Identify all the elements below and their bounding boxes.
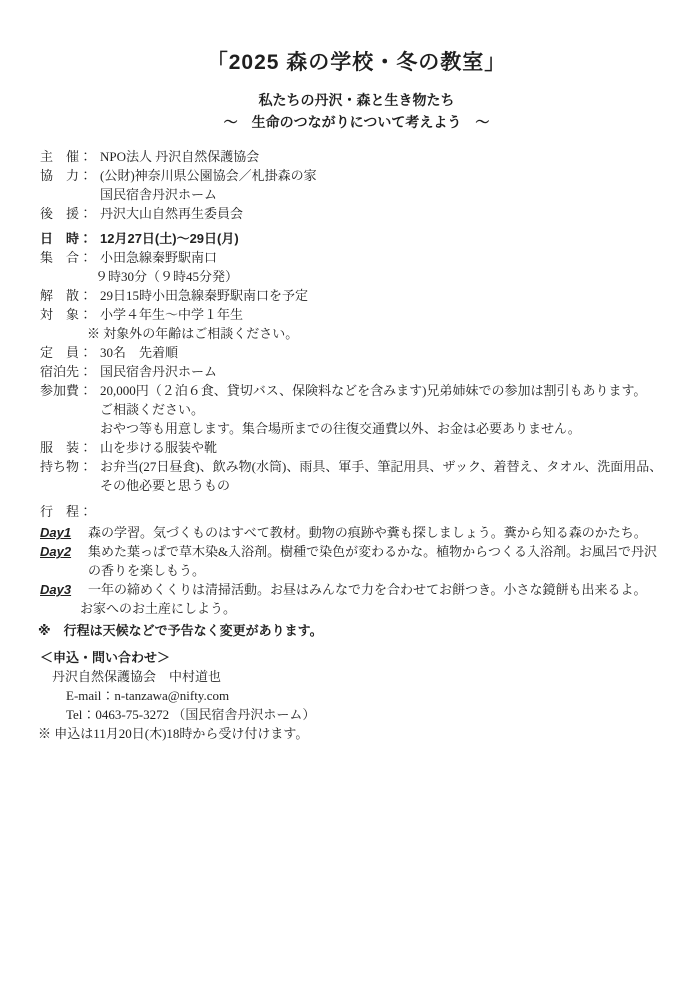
dissolution-value: 29日15時小田急線秦野駅南口を予定: [100, 286, 308, 305]
application-start-note: ※ 申込は11月20日(木)18時から受け付けます。: [38, 724, 673, 743]
day3-description-2: お家へのお土産にしよう。: [80, 599, 646, 618]
contact-heading: ＜申込・問い合わせ＞: [40, 648, 673, 667]
day1-description: 森の学習。気づくものはすべて教材。動物の痕跡や糞も探しましょう。糞から知る森のか…: [88, 523, 647, 542]
clothing-label: 服 装：: [40, 438, 100, 457]
itinerary-day2: Day2 集めた葉っぱで草木染&入浴剤。樹種で染色が変わるかな。植物からつくる入…: [40, 542, 673, 580]
datetime-label: 日 時：: [40, 229, 100, 248]
capacity-value: 30名 先着順: [100, 343, 178, 362]
clothing-value: 山を歩ける服装や靴: [100, 438, 217, 457]
info-row-support: 後 援： 丹沢大山自然再生委員会: [40, 204, 673, 223]
target-age-note: ※ 対象外の年齢はご相談ください。: [87, 324, 298, 343]
info-row-organizer: 主 催： NPO法人 丹沢自然保護協会: [40, 147, 673, 166]
meeting-label: 集 合：: [40, 248, 100, 286]
day3-description-1: 一年の締めくくりは清掃活動。お昼はみんなで力を合わせてお餅つき。小さな鏡餅も出来…: [88, 580, 646, 599]
organizer-value: NPO法人 丹沢自然保護協会: [100, 147, 259, 166]
meeting-value-2: ９時30分（９時45分発）: [95, 267, 238, 286]
itinerary-change-note: ※ 行程は天候などで予告なく変更があります。: [38, 621, 673, 640]
contact-organization: 丹沢自然保護協会 中村道也: [52, 667, 673, 686]
lodging-label: 宿泊先：: [40, 362, 100, 381]
day2-description-1: 集めた葉っぱで草木染&入浴剤。樹種で染色が変わるかな。植物からつくる入浴剤。お風…: [88, 542, 657, 561]
info-row-clothing: 服 装： 山を歩ける服装や靴: [40, 438, 673, 457]
info-row-lodging: 宿泊先： 国民宿舎丹沢ホーム: [40, 362, 673, 381]
belongings-value-1: お弁当(27日昼食)、飲み物(水筒)、雨具、軍手、筆記用具、ザック、着替え、タオ…: [100, 457, 662, 476]
contact-tel: Tel：0463-75-3272 （国民宿舎丹沢ホーム）: [66, 705, 673, 724]
info-row-belongings: 持ち物： お弁当(27日昼食)、飲み物(水筒)、雨具、軍手、筆記用具、ザック、着…: [40, 457, 673, 495]
itinerary-section: 行 程： Day1 森の学習。気づくものはすべて教材。動物の痕跡や糞も探しましょ…: [40, 502, 673, 640]
support-label: 後 援：: [40, 204, 100, 223]
support-value: 丹沢大山自然再生委員会: [100, 204, 243, 223]
page-title: 「2025 森の学校・冬の教室」: [40, 46, 673, 76]
contact-email: E-mail：n-tanzawa@nifty.com: [66, 686, 673, 705]
fee-value-2: ご相談ください。: [100, 400, 646, 419]
fee-value-1: 20,000円（２泊６食、貸切バス、保険料などを含みます)兄弟姉妹での参加は割引…: [100, 381, 646, 400]
flyer-document: 「2025 森の学校・冬の教室」 私たちの丹沢・森と生き物たち ～ 生命のつなが…: [0, 0, 695, 983]
info-row-capacity: 定 員： 30名 先着順: [40, 343, 673, 362]
subtitle-line-2: ～ 生命のつながりについて考えよう ～: [40, 111, 673, 133]
contact-section: ＜申込・問い合わせ＞ 丹沢自然保護協会 中村道也 E-mail：n-tanzaw…: [40, 648, 673, 743]
info-row-target: 対 象： 小学４年生～中学１年生 ※ 対象外の年齢はご相談ください。: [40, 305, 673, 343]
itinerary-heading: 行 程：: [40, 502, 673, 521]
itinerary-day1: Day1 森の学習。気づくものはすべて教材。動物の痕跡や糞も探しましょう。糞から…: [40, 523, 673, 542]
day1-label: Day1: [40, 523, 88, 542]
info-row-dissolution: 解 散： 29日15時小田急線秦野駅南口を予定: [40, 286, 673, 305]
organizer-label: 主 催：: [40, 147, 100, 166]
fee-label: 参加費：: [40, 381, 100, 438]
document-header: 「2025 森の学校・冬の教室」 私たちの丹沢・森と生き物たち ～ 生命のつなが…: [40, 46, 673, 133]
subtitle-line-1: 私たちの丹沢・森と生き物たち: [40, 89, 673, 111]
event-info-list: 主 催： NPO法人 丹沢自然保護協会 協 力： (公財)神奈川県公園協会／札掛…: [40, 147, 673, 495]
itinerary-day3: Day3 一年の締めくくりは清掃活動。お昼はみんなで力を合わせてお餅つき。小さな…: [40, 580, 673, 618]
info-row-fee: 参加費： 20,000円（２泊６食、貸切バス、保険料などを含みます)兄弟姉妹での…: [40, 381, 673, 438]
cooperation-value-2: 国民宿舎丹沢ホーム: [100, 185, 317, 204]
capacity-label: 定 員：: [40, 343, 100, 362]
target-value: 小学４年生～中学１年生: [100, 305, 298, 324]
day2-label: Day2: [40, 542, 88, 580]
cooperation-value-1: (公財)神奈川県公園協会／札掛森の家: [100, 166, 317, 185]
info-row-cooperation: 協 力： (公財)神奈川県公園協会／札掛森の家 国民宿舎丹沢ホーム: [40, 166, 673, 204]
cooperation-label: 協 力：: [40, 166, 100, 204]
day2-description-2: の香りを楽しもう。: [88, 561, 657, 580]
meeting-value-1: 小田急線秦野駅南口: [100, 248, 238, 267]
info-row-datetime: 日 時： 12月27日(土)～29日(月): [40, 229, 673, 248]
info-row-meeting: 集 合： 小田急線秦野駅南口 ９時30分（９時45分発）: [40, 248, 673, 286]
belongings-label: 持ち物：: [40, 457, 100, 495]
belongings-value-2: その他必要と思うもの: [100, 476, 662, 495]
lodging-value: 国民宿舎丹沢ホーム: [100, 362, 217, 381]
datetime-value: 12月27日(土)～29日(月): [100, 229, 239, 248]
fee-value-3: おやつ等も用意します。集合場所までの往復交通費以外、お金は必要ありません。: [100, 419, 646, 438]
dissolution-label: 解 散：: [40, 286, 100, 305]
